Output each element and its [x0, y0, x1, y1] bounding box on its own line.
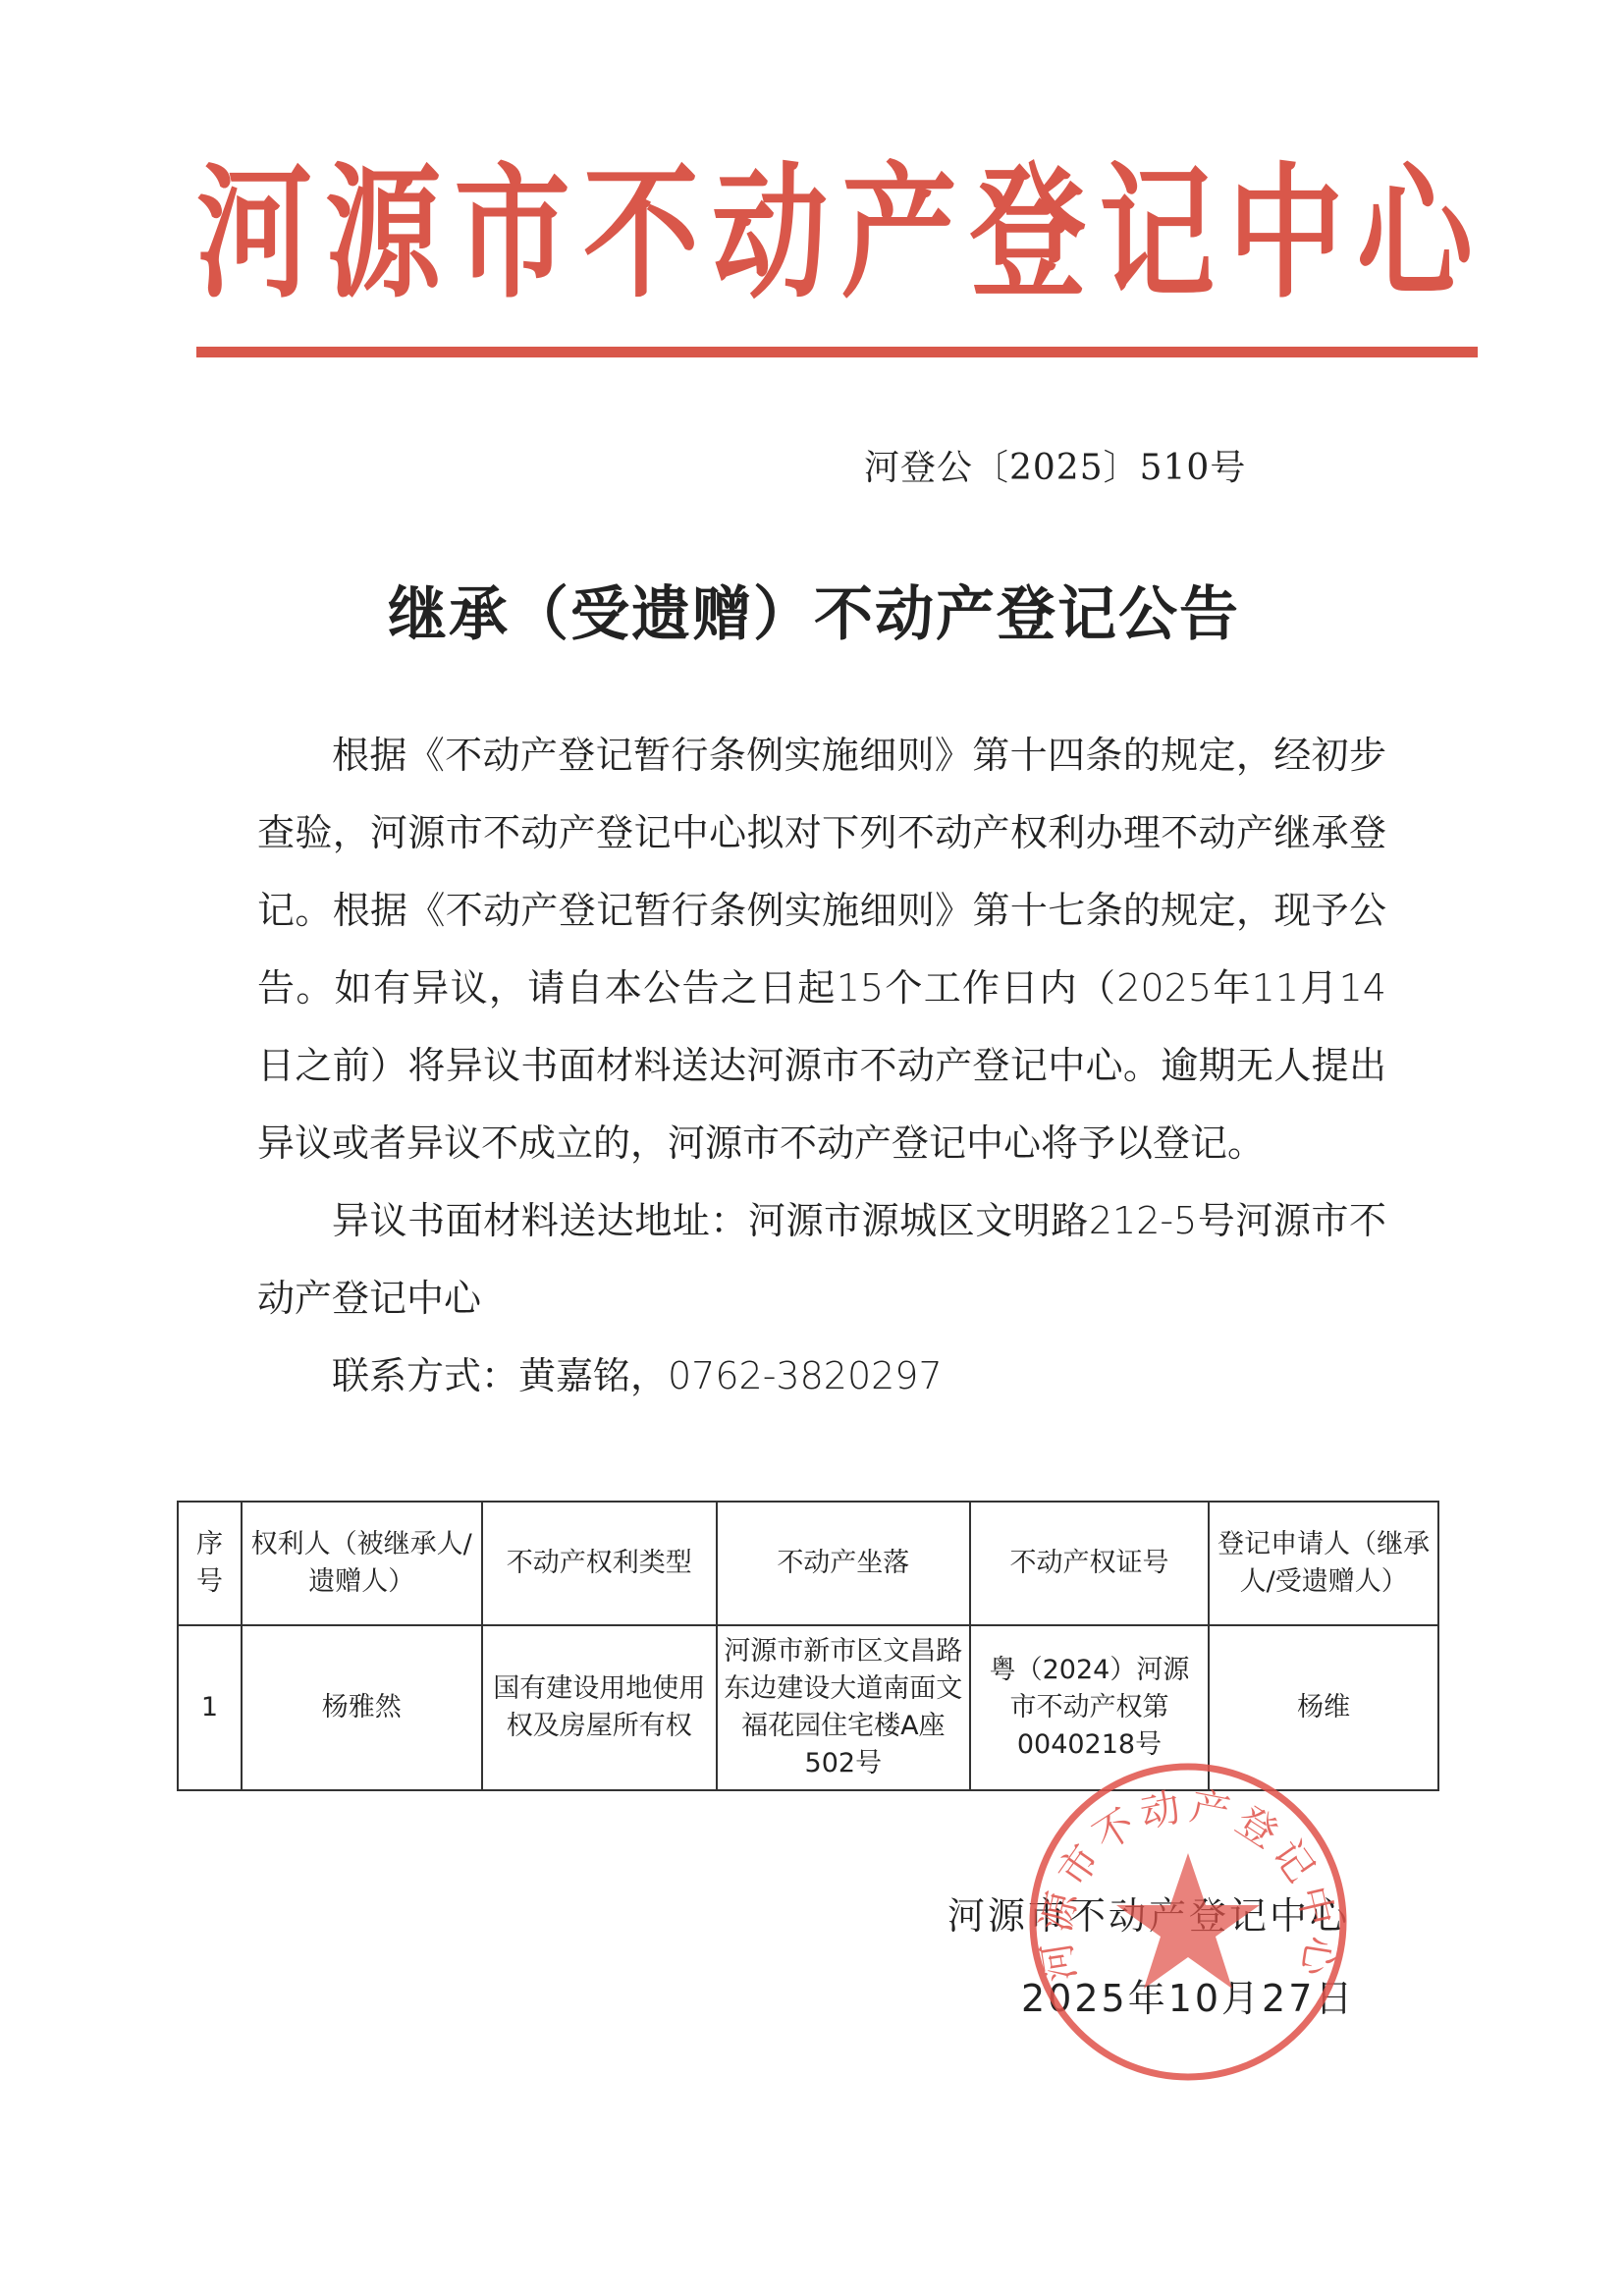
body-paragraph-contact: 联系方式：黄嘉铭，0762-3820297 [257, 1338, 1386, 1415]
header-certificate-no: 不动产权证号 [970, 1502, 1210, 1625]
cell-location: 河源市新市区文昌路东边建设大道南面文福花园住宅楼A座502号 [717, 1625, 970, 1790]
header-right-holder: 权利人（被继承人/遗赠人） [242, 1502, 482, 1625]
header-right-type: 不动产权利类型 [482, 1502, 718, 1625]
masthead-char: 源 [325, 117, 441, 326]
document-body: 根据《不动产登记暂行条例实施细则》第十四条的规定，经初步查验，河源市不动产登记中… [257, 717, 1386, 1415]
property-table: 序号 权利人（被继承人/遗赠人） 不动产权利类型 不动产坐落 不动产权证号 登记… [177, 1501, 1439, 1791]
masthead-char: 河 [196, 117, 312, 326]
header-index: 序号 [178, 1502, 242, 1625]
cell-right-type: 国有建设用地使用权及房屋所有权 [482, 1625, 718, 1790]
masthead-char: 市 [455, 117, 570, 326]
masthead-char: 不 [583, 117, 699, 326]
masthead-char: 动 [712, 117, 828, 326]
cell-index: 1 [178, 1625, 242, 1790]
body-paragraph-main: 根据《不动产登记暂行条例实施细则》第十四条的规定，经初步查验，河源市不动产登记中… [257, 717, 1386, 1182]
table-header-row: 序号 权利人（被继承人/遗赠人） 不动产权利类型 不动产坐落 不动产权证号 登记… [178, 1502, 1438, 1625]
header-location: 不动产坐落 [717, 1502, 970, 1625]
table-row: 1 杨雅然 国有建设用地使用权及房屋所有权 河源市新市区文昌路东边建设大道南面文… [178, 1625, 1438, 1790]
document-number: 河登公〔2025〕510号 [864, 440, 1246, 490]
masthead-char: 中 [1228, 117, 1344, 326]
masthead-char: 心 [1357, 117, 1473, 326]
signature-date: 2025年10月27日 [1021, 1968, 1355, 2022]
cell-right-holder: 杨雅然 [242, 1625, 482, 1790]
seal-text: 河源市不动产登记中心 [1033, 1784, 1342, 1985]
masthead-char: 产 [841, 117, 957, 326]
masthead-org-name: 河 源 市 不 动 产 登 记 中 心 [196, 129, 1473, 313]
cell-certificate-no: 粤（2024）河源市不动产权第0040218号 [970, 1625, 1210, 1790]
masthead-divider [196, 347, 1478, 357]
masthead-char: 登 [970, 117, 1086, 326]
signature-org: 河源市不动产登记中心 [947, 1886, 1350, 1940]
svg-text:河源市不动产登记中心: 河源市不动产登记中心 [1033, 1784, 1342, 1985]
document-title: 继承（受遗赠）不动产登记公告 [388, 568, 1240, 652]
cell-applicant: 杨维 [1209, 1625, 1438, 1790]
masthead-char: 记 [1099, 117, 1215, 326]
body-paragraph-address: 异议书面材料送达地址：河源市源城区文明路212-5号河源市不动产登记中心 [257, 1182, 1386, 1338]
header-applicant: 登记申请人（继承人/受遗赠人） [1209, 1502, 1438, 1625]
